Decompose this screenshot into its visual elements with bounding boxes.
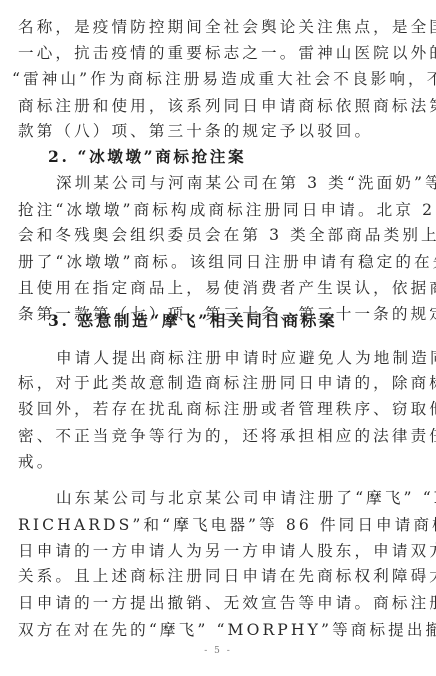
text-line: 款第（八）项、第三十条的规定予以驳回。 <box>18 121 414 141</box>
text-line: 商标注册和使用，该系列同日申请商标依照商标法第十条第一 <box>18 96 414 116</box>
text-line: 密、不正当竞争等行为的，还将承担相应的法律责任及信用惩 <box>18 426 414 446</box>
text-line: 册了“冰墩墩”商标。该组同日注册申请有稳定的在先权利， <box>18 252 414 272</box>
text-line: 抢注“冰墩墩”商标构成商标注册同日申请。北京 2022 年冬奥 <box>18 200 414 220</box>
text-line: 戒。 <box>18 452 414 472</box>
text-line: 名称，是疫情防控期间全社会舆论关注焦点，是全国人民团结 <box>18 17 414 37</box>
page-number: - 5 - <box>0 646 436 656</box>
text-line: 双方在对在先的“摩飞” “MORPHY”等商标提出撤销等申请后， <box>18 620 414 640</box>
text-line: 驳回外，若存在扰乱商标注册或者管理秩序、窃取他人商业秘 <box>18 399 414 419</box>
text-line: 关系。且上述商标注册同日申请在先商标权利障碍大部分被同 <box>18 566 414 586</box>
text-line: 申请人提出商标注册申请时应避免人为地制造同日申请商 <box>56 348 414 368</box>
section-heading: 3. 恶意制造“摩飞”相关同日商标案 <box>48 311 436 331</box>
text-line: RICHARDS”和“摩飞电器”等 86 件同日申请商标。商标注册同 <box>18 515 414 535</box>
text-line: “雷神山”作为商标注册易造成重大社会不良影响，不得作为 <box>12 69 408 89</box>
text-line: 一心，抗击疫情的重要标志之一。雷神山医院以外的申请人将 <box>18 43 414 63</box>
text-line: 日申请的一方申请人为另一方申请人股东，申请双方存在关联 <box>18 541 414 561</box>
text-line: 深圳某公司与河南某公司在第 3 类“洗面奶”等商品上因 <box>56 173 414 193</box>
section-heading: 2. “冰墩墩”商标抢注案 <box>48 147 436 167</box>
text-line: 会和冬残奥会组织委员会在第 3 类全部商品类别上在先申请注 <box>18 225 414 245</box>
text-line: 标，对于此类故意制造商标注册同日申请的，除商标申请会被 <box>18 373 414 393</box>
text-line: 且使用在指定商品上，易使消费者产生误认，依据商标法第十 <box>18 278 414 298</box>
text-line: 山东某公司与北京某公司申请注册了“摩飞” “MORPHY <box>56 488 414 508</box>
text-line: 日申请的一方提出撤销、无效宣告等申请。商标注册同日申请 <box>18 593 414 613</box>
